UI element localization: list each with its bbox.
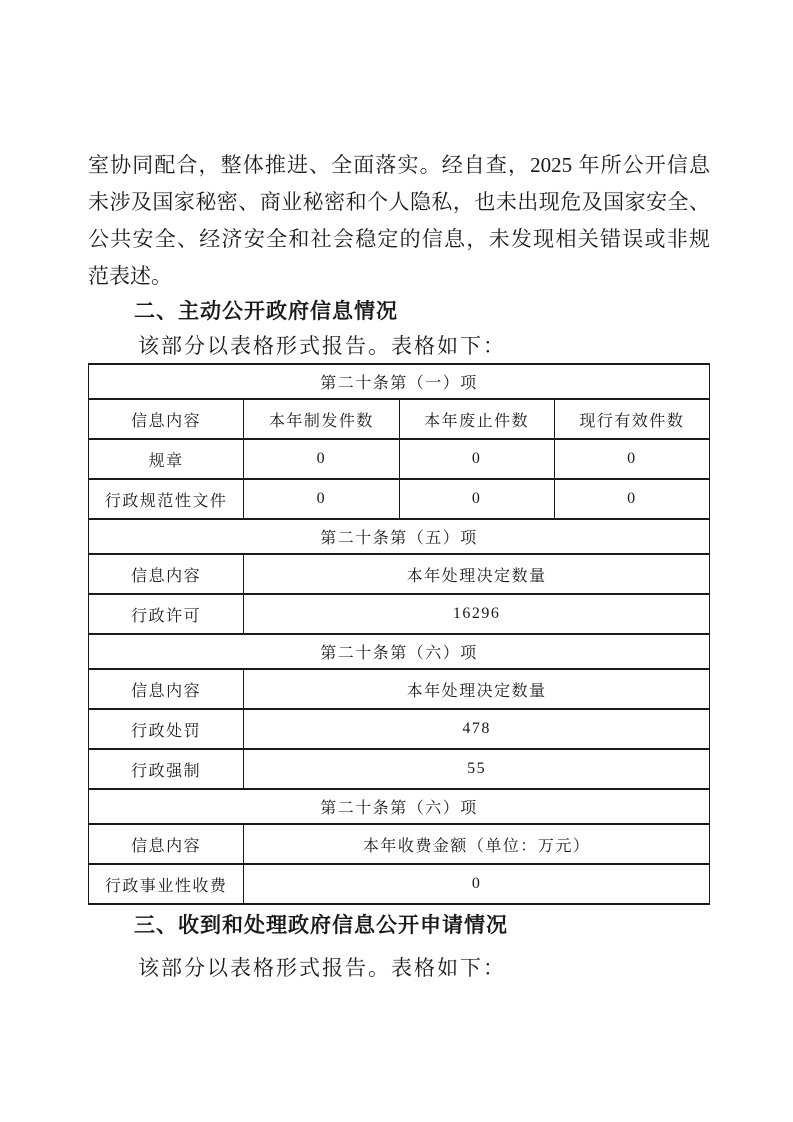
section-title-cell: 第二十条第（六）项 [89,634,710,669]
value-cell: 0 [399,439,554,479]
table-row: 行政强制 55 [89,749,710,789]
value-cell: 0 [244,439,399,479]
paragraph-line: 未涉及国家秘密、商业秘密和个人隐私，也未出现危及国家安全、 [88,184,710,221]
column-header-cell: 本年制发件数 [244,399,399,439]
value-cell: 0 [554,439,709,479]
table-row: 规章 0 0 0 [89,439,710,479]
disclosure-table: 第二十条第（一）项 信息内容 本年制发件数 本年废止件数 现行有效件数 规章 0… [88,363,710,905]
column-header-cell: 本年处理决定数量 [244,554,710,594]
table-section-title-row: 第二十条第（六）项 [89,789,710,824]
column-header-cell: 本年废止件数 [399,399,554,439]
column-header-cell: 信息内容 [89,399,244,439]
table-header-row: 信息内容 本年收费金额（单位：万元） [89,824,710,864]
value-cell: 16296 [244,594,710,634]
value-cell: 55 [244,749,710,789]
table-row: 行政处罚 478 [89,709,710,749]
row-label-cell: 行政许可 [89,594,244,634]
row-label-cell: 行政强制 [89,749,244,789]
row-label-cell: 行政事业性收费 [89,864,244,904]
value-cell: 0 [554,479,709,519]
value-cell: 478 [244,709,710,749]
section-title-cell: 第二十条第（六）项 [89,789,710,824]
column-header-cell: 信息内容 [89,824,244,864]
value-cell: 0 [244,864,710,904]
section-3-intro: 该部分以表格形式报告。表格如下： [88,951,710,985]
paragraph-line: 室协同配合，整体推进、全面落实。经自查，2025 年所公开信息 [88,147,710,184]
row-label-cell: 行政处罚 [89,709,244,749]
section-title-cell: 第二十条第（五）项 [89,519,710,554]
column-header-cell: 信息内容 [89,669,244,709]
column-header-cell: 信息内容 [89,554,244,594]
paragraph-line: 范表述。 [88,258,710,295]
table-row: 行政规范性文件 0 0 0 [89,479,710,519]
section-3-heading: 三、收到和处理政府信息公开申请情况 [88,909,710,943]
column-header-cell: 本年处理决定数量 [244,669,710,709]
column-header-cell: 现行有效件数 [554,399,709,439]
table-section-title-row: 第二十条第（五）项 [89,519,710,554]
table-section-title-row: 第二十条第（一）项 [89,364,710,399]
document-page-content: 室协同配合，整体推进、全面落实。经自查，2025 年所公开信息 未涉及国家秘密、… [88,147,710,985]
table-section-title-row: 第二十条第（六）项 [89,634,710,669]
value-cell: 0 [244,479,399,519]
table-header-row: 信息内容 本年处理决定数量 [89,669,710,709]
body-paragraph: 室协同配合，整体推进、全面落实。经自查，2025 年所公开信息 未涉及国家秘密、… [88,147,710,295]
table-row: 行政许可 16296 [89,594,710,634]
value-cell: 0 [399,479,554,519]
row-label-cell: 行政规范性文件 [89,479,244,519]
table-header-row: 信息内容 本年制发件数 本年废止件数 现行有效件数 [89,399,710,439]
paragraph-line: 公共安全、经济安全和社会稳定的信息，未发现相关错误或非规 [88,221,710,258]
column-header-cell: 本年收费金额（单位：万元） [244,824,710,864]
section-2-heading: 二、主动公开政府信息情况 [88,295,710,329]
table-header-row: 信息内容 本年处理决定数量 [89,554,710,594]
section-2-intro: 该部分以表格形式报告。表格如下： [88,329,710,363]
section-title-cell: 第二十条第（一）项 [89,364,710,399]
row-label-cell: 规章 [89,439,244,479]
table-row: 行政事业性收费 0 [89,864,710,904]
